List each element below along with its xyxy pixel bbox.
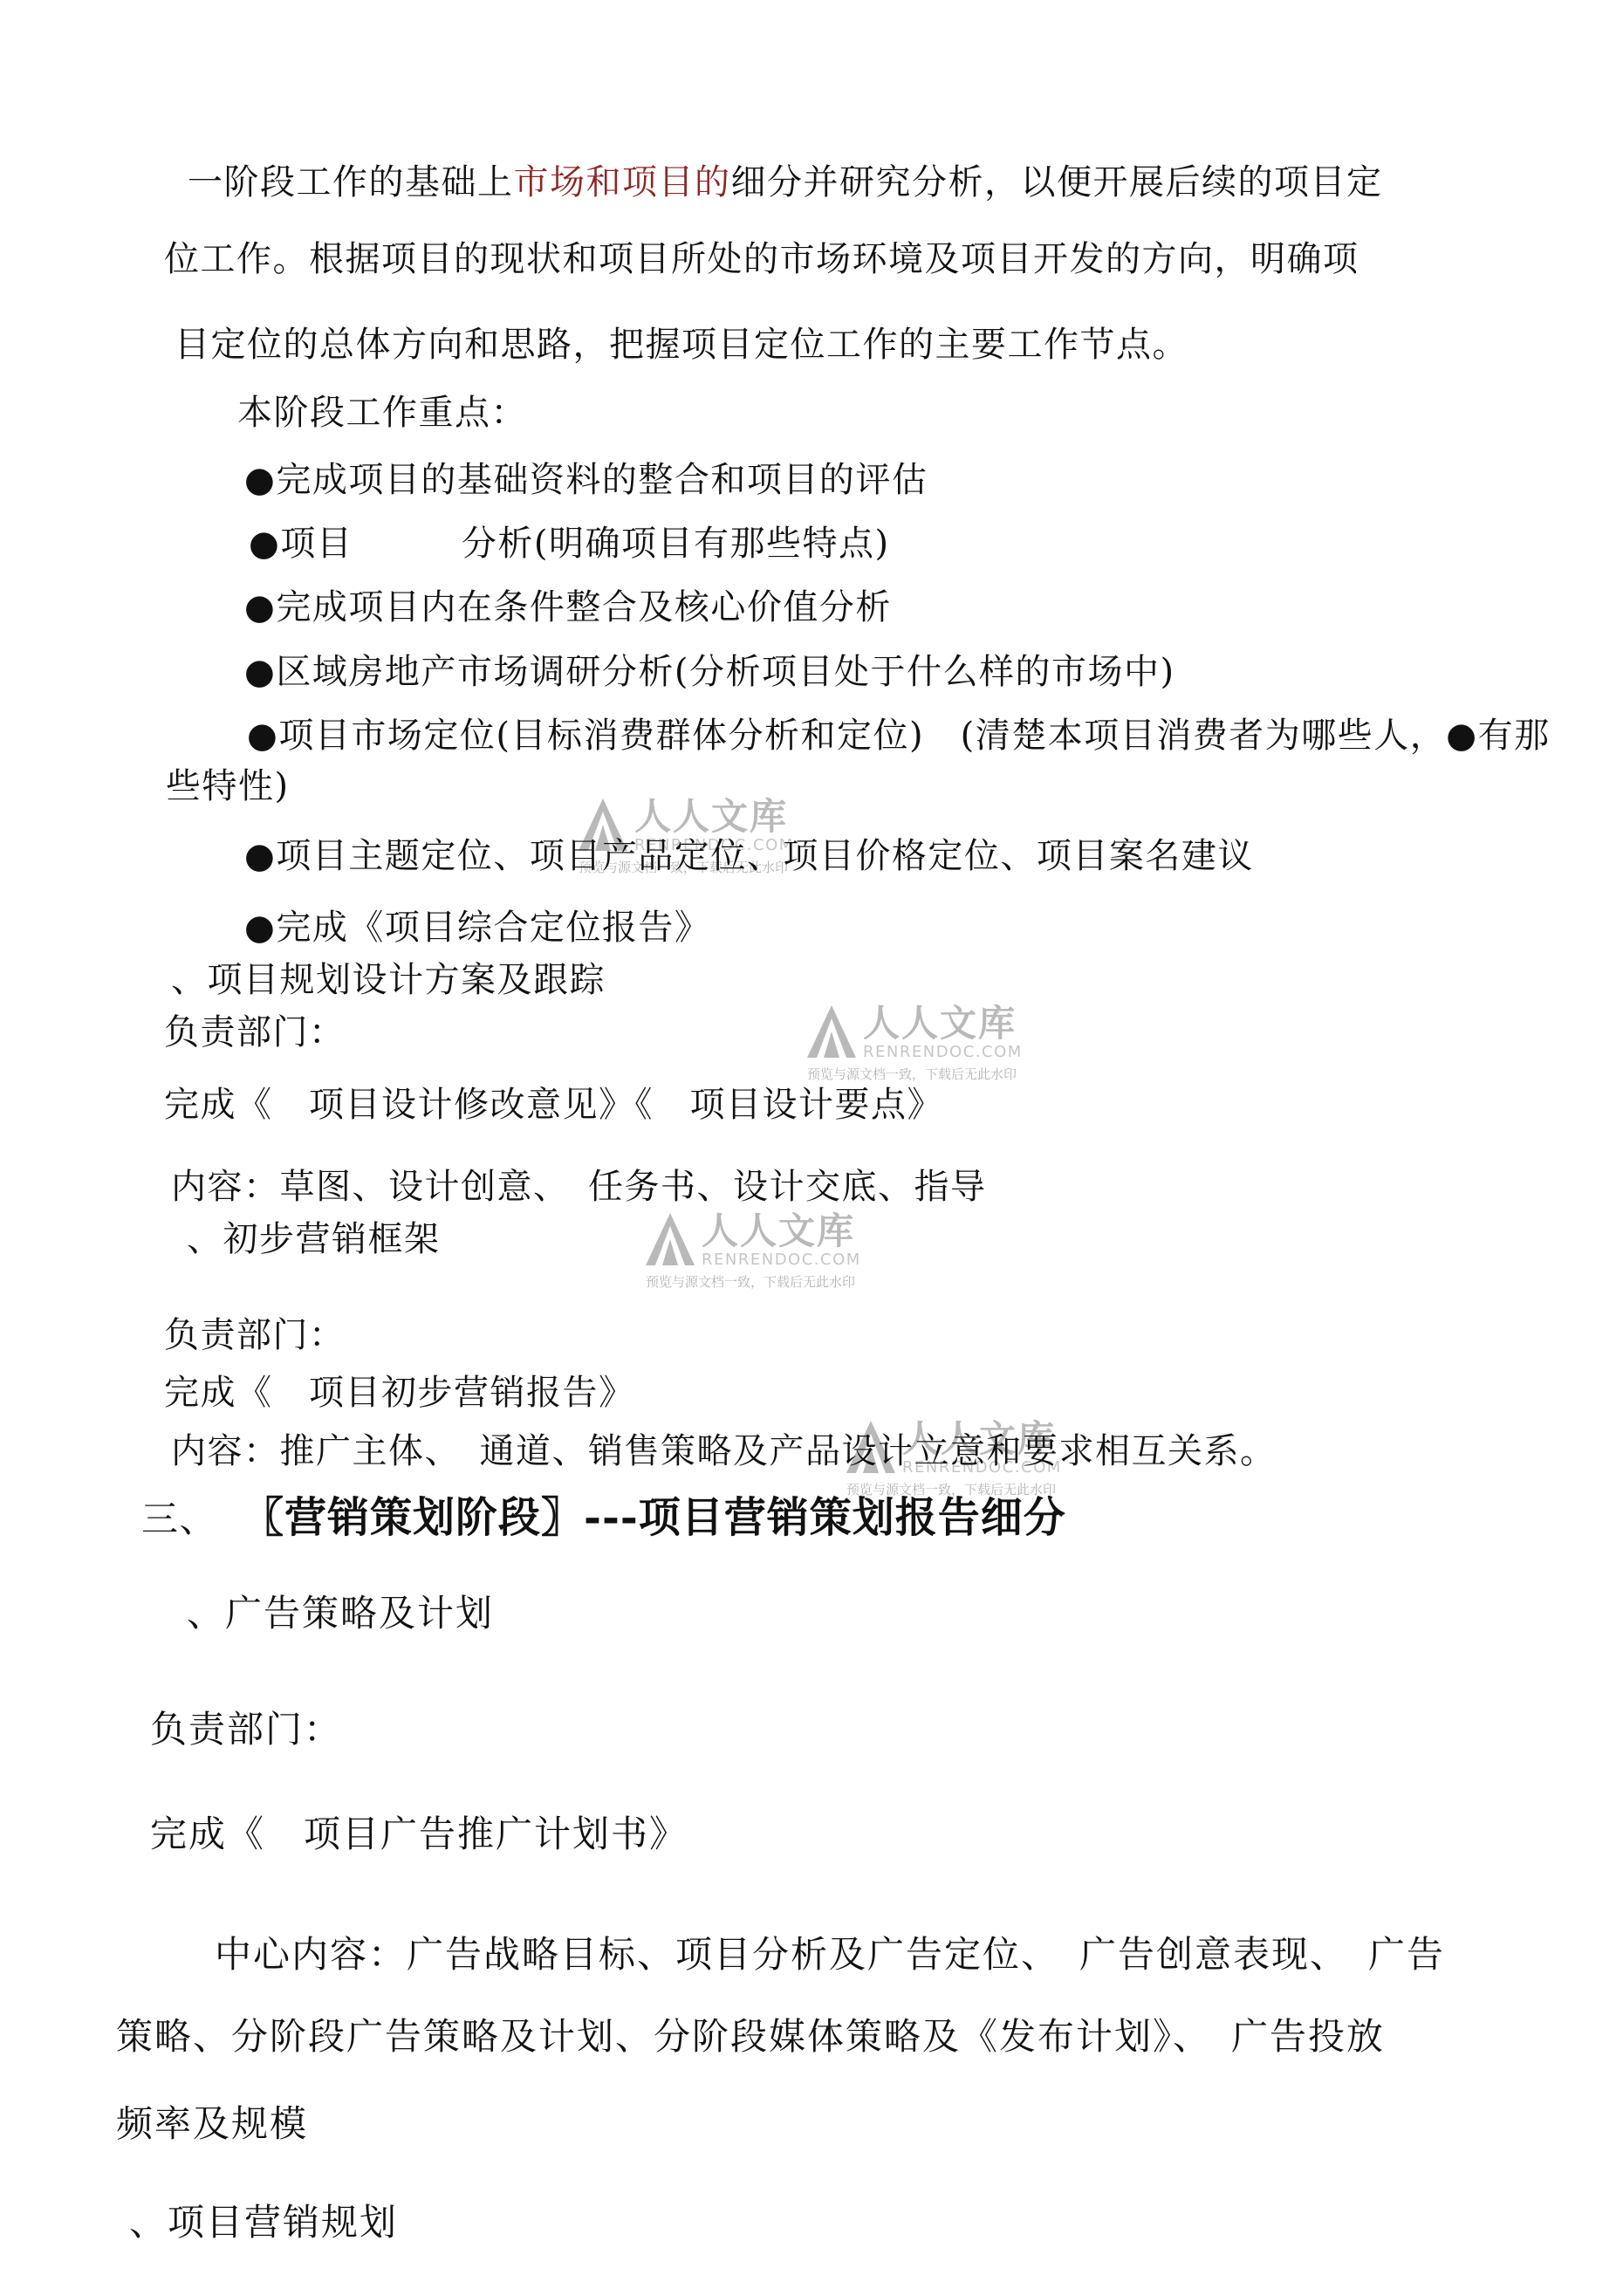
watermark-brand: 人人文库 bbox=[863, 1005, 1023, 1042]
paragraph-line-3: 目定位的总体方向和思路，把握项目定位工作的主要工作节点。 bbox=[175, 325, 1188, 365]
watermark-text: 人人文库 RENRENDOC.COM bbox=[702, 1213, 861, 1269]
paragraph-line-1: 一阶段工作的基础上市场和项目的细分并研究分析，以便开展后续的项目定 bbox=[188, 162, 1383, 202]
section-title: 〖营销策划阶段〗---项目营销策划报告细分 bbox=[263, 1493, 1066, 1542]
watermark-row: 人人文库 RENRENDOC.COM bbox=[646, 1213, 864, 1269]
content-line-2: 内容：推广主体、 通道、销售策略及产品设计立意和要求相互关系。 bbox=[171, 1431, 1277, 1471]
paragraph-line-2: 位工作。根据项目的现状和项目所处的市场环境及项目开发的方向，明确项 bbox=[164, 239, 1359, 279]
watermark-domain: RENRENDOC.COM bbox=[863, 1044, 1023, 1061]
document-page: 人人文库 RENRENDOC.COM 预览与源文档一致，下载后无此水印 人人文库… bbox=[0, 0, 1623, 2296]
deliverable-line-1: 完成《 项目设计修改意见》《 项目设计要点》 bbox=[164, 1085, 943, 1125]
dept-label-2: 负责部门： bbox=[164, 1315, 346, 1355]
watermark-domain: RENRENDOC.COM bbox=[702, 1251, 861, 1269]
section-heading: 三、〖营销策划阶段〗---项目营销策划报告细分 bbox=[141, 1494, 1066, 1542]
marketing-plan-line: 、项目营销规划 bbox=[129, 2202, 398, 2244]
watermark-brand: 人人文库 bbox=[702, 1213, 861, 1250]
center-content-line-1: 中心内容：广告战略目标、项目分析及广告定位、 广告创意表现、 广告 bbox=[215, 1934, 1445, 1976]
deliverable-line-2: 完成《 项目初步营销报告》 bbox=[164, 1373, 635, 1413]
paragraph-text: 一阶段工作的基础上 bbox=[188, 162, 514, 202]
dept-label-1: 负责部门： bbox=[164, 1012, 346, 1052]
watermark: 人人文库 RENRENDOC.COM 预览与源文档一致，下载后无此水印 bbox=[807, 1005, 1025, 1083]
watermark: 人人文库 RENRENDOC.COM 预览与源文档一致，下载后无此水印 bbox=[646, 1213, 864, 1291]
watermark-slogan: 预览与源文档一致，下载后无此水印 bbox=[807, 1065, 1025, 1083]
paragraph-text: 细分并研究分析，以便开展后续的项目定 bbox=[731, 162, 1383, 202]
bullet-line-4: ●区域房地产市场调研分析(分析项目处于什么样的市场中) bbox=[244, 652, 1175, 692]
framework-line: 、初步营销框架 bbox=[187, 1219, 441, 1259]
watermark-slogan: 预览与源文档一致，下载后无此水印 bbox=[646, 1272, 864, 1291]
ad-strategy-line: 、广告策略及计划 bbox=[187, 1593, 494, 1635]
bullet-line-7: ●完成《项目综合定位报告》 bbox=[244, 908, 710, 948]
bullet-line-2: ●项目 分析(明确项目有那些特点) bbox=[249, 524, 890, 564]
center-content-line-2: 策略、分阶段广告策略及计划、分阶段媒体策略及《发布计划》、 广告投放 bbox=[116, 2016, 1385, 2058]
content-line-1: 内容：草图、设计创意、 任务书、设计交底、指导 bbox=[171, 1167, 987, 1207]
bullet-line-5: ●项目市场定位(目标消费群体分析和定位) (清楚本项目消费者为哪些人，●有那 bbox=[247, 716, 1551, 756]
center-content-line-3: 频率及规模 bbox=[116, 2103, 308, 2145]
plan-follow-line: 、项目规划设计方案及跟踪 bbox=[171, 960, 606, 1000]
bullet-line-6: ●项目主题定位、项目产品定位、项目价格定位、项目案名建议 bbox=[244, 836, 1254, 876]
dept-label-3: 负责部门： bbox=[150, 1709, 342, 1751]
bullet-line-5-continuation: 些特性) bbox=[166, 766, 290, 806]
bullet-line-3: ●完成项目内在条件整合及核心价值分析 bbox=[244, 587, 892, 627]
section-number: 三、 bbox=[141, 1498, 217, 1540]
focus-title: 本阶段工作重点： bbox=[237, 393, 527, 433]
deliverable-line-3: 完成《 项目广告推广计划书》 bbox=[150, 1813, 688, 1855]
watermark-text: 人人文库 RENRENDOC.COM bbox=[863, 1005, 1023, 1061]
renrendoc-logo-icon bbox=[807, 1005, 856, 1061]
bullet-line-1: ●完成项目的基础资料的整合和项目的评估 bbox=[244, 460, 928, 500]
watermark-row: 人人文库 RENRENDOC.COM bbox=[807, 1005, 1025, 1061]
red-highlight-text: 市场和项目的 bbox=[514, 162, 731, 202]
watermark-brand: 人人文库 bbox=[634, 798, 794, 835]
renrendoc-logo-icon bbox=[646, 1213, 695, 1269]
